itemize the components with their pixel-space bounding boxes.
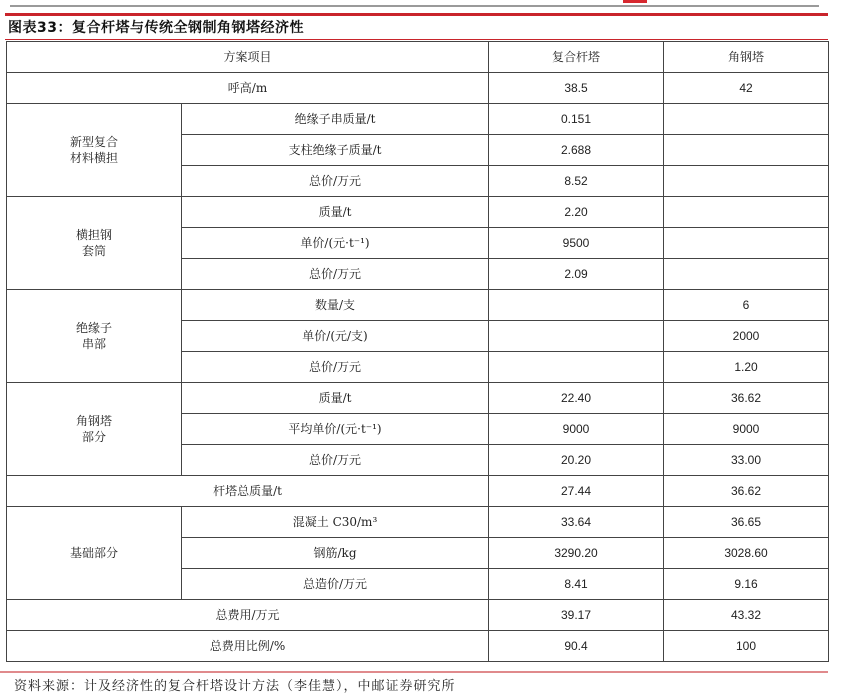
group-label-line: 套筒 [7, 243, 181, 259]
cell-composite: 90.4 [489, 631, 664, 662]
row-label: 绝缘子串质量/t [182, 104, 489, 135]
cell-composite: 0.151 [489, 104, 664, 135]
group-label-line: 横担钢 [7, 227, 181, 243]
group-label-line: 材料横担 [7, 150, 181, 166]
cell-angle-steel: 33.00 [664, 445, 829, 476]
cell-angle-steel: 2000 [664, 321, 829, 352]
cell-angle-steel [664, 135, 829, 166]
cell-composite [489, 321, 664, 352]
table-row: 总费用/万元 39.17 43.32 [7, 600, 829, 631]
table-row: 基础部分 混凝土 C30/m³ 33.64 36.65 [7, 507, 829, 538]
group-label-insulator-string: 绝缘子 串部 [7, 290, 182, 383]
group-label-steel-sleeve: 横担钢 套筒 [7, 197, 182, 290]
cell-composite: 20.20 [489, 445, 664, 476]
cell-composite: 2.09 [489, 259, 664, 290]
row-label: 总价/万元 [182, 166, 489, 197]
cell-composite: 33.64 [489, 507, 664, 538]
economics-comparison-table: 方案项目 复合杆塔 角钢塔 呼高/m 38.5 42 新型复合 材料横担 绝缘子… [6, 41, 829, 662]
cell-angle-steel: 36.62 [664, 476, 829, 507]
group-label-line: 串部 [7, 336, 181, 352]
cell-angle-steel [664, 166, 829, 197]
row-label: 单价/(元/支) [182, 321, 489, 352]
footer-rule [0, 671, 828, 673]
cell-angle-steel: 9.16 [664, 569, 829, 600]
cell-composite: 2.688 [489, 135, 664, 166]
column-header-angle-steel: 角钢塔 [664, 42, 829, 73]
cell-angle-steel: 36.65 [664, 507, 829, 538]
group-label-foundation: 基础部分 [7, 507, 182, 600]
cell-composite: 39.17 [489, 600, 664, 631]
cell-composite: 2.20 [489, 197, 664, 228]
row-label: 支柱绝缘子质量/t [182, 135, 489, 166]
header-red-rule [5, 13, 828, 16]
cell-composite: 38.5 [489, 73, 664, 104]
row-label: 混凝土 C30/m³ [182, 507, 489, 538]
cell-angle-steel: 36.62 [664, 383, 829, 414]
source-note: 资料来源：计及经济性的复合杆塔设计方法（李佳慧），中邮证券研究所 [14, 678, 456, 696]
row-label: 单价/(元·t⁻¹) [182, 228, 489, 259]
cell-angle-steel [664, 228, 829, 259]
table-header-row: 方案项目 复合杆塔 角钢塔 [7, 42, 829, 73]
group-label-line: 新型复合 [7, 134, 181, 150]
cell-angle-steel: 9000 [664, 414, 829, 445]
cell-angle-steel: 43.32 [664, 600, 829, 631]
row-label: 总费用比例/% [7, 631, 489, 662]
table-row: 杆塔总质量/t 27.44 36.62 [7, 476, 829, 507]
cell-composite [489, 290, 664, 321]
cell-angle-steel: 3028.60 [664, 538, 829, 569]
row-label: 杆塔总质量/t [7, 476, 489, 507]
cell-composite: 27.44 [489, 476, 664, 507]
group-label-line: 绝缘子 [7, 320, 181, 336]
top-grey-rule [10, 5, 819, 7]
table-row: 绝缘子 串部 数量/支 6 [7, 290, 829, 321]
cell-angle-steel: 6 [664, 290, 829, 321]
cell-angle-steel: 42 [664, 73, 829, 104]
cell-angle-steel [664, 197, 829, 228]
row-label: 平均单价/(元·t⁻¹) [182, 414, 489, 445]
row-label: 钢筋/kg [182, 538, 489, 569]
column-header-item: 方案项目 [7, 42, 489, 73]
row-label: 质量/t [182, 197, 489, 228]
row-label: 总造价/万元 [182, 569, 489, 600]
figure-title: 图表33：复合杆塔与传统全钢制角钢塔经济性 [8, 18, 304, 38]
table-row: 横担钢 套筒 质量/t 2.20 [7, 197, 829, 228]
cell-composite: 9000 [489, 414, 664, 445]
row-label: 总费用/万元 [7, 600, 489, 631]
cell-composite: 8.52 [489, 166, 664, 197]
group-label-angle-tower: 角钢塔 部分 [7, 383, 182, 476]
cell-composite: 9500 [489, 228, 664, 259]
row-label: 质量/t [182, 383, 489, 414]
table-row: 呼高/m 38.5 42 [7, 73, 829, 104]
cell-composite [489, 352, 664, 383]
cell-composite: 22.40 [489, 383, 664, 414]
cell-composite: 3290.20 [489, 538, 664, 569]
group-label-line: 角钢塔 [7, 413, 181, 429]
table-row: 总费用比例/% 90.4 100 [7, 631, 829, 662]
row-label: 呼高/m [7, 73, 489, 104]
row-label: 总价/万元 [182, 445, 489, 476]
title-underline [5, 39, 828, 40]
table-row: 新型复合 材料横担 绝缘子串质量/t 0.151 [7, 104, 829, 135]
row-label: 数量/支 [182, 290, 489, 321]
cell-composite: 8.41 [489, 569, 664, 600]
row-label: 总价/万元 [182, 352, 489, 383]
cell-angle-steel: 100 [664, 631, 829, 662]
group-label-composite-crossarm: 新型复合 材料横担 [7, 104, 182, 197]
group-label-line: 部分 [7, 429, 181, 445]
column-header-composite: 复合杆塔 [489, 42, 664, 73]
row-label: 总价/万元 [182, 259, 489, 290]
top-red-mark [623, 0, 647, 3]
cell-angle-steel [664, 104, 829, 135]
cell-angle-steel: 1.20 [664, 352, 829, 383]
cell-angle-steel [664, 259, 829, 290]
table-row: 角钢塔 部分 质量/t 22.40 36.62 [7, 383, 829, 414]
